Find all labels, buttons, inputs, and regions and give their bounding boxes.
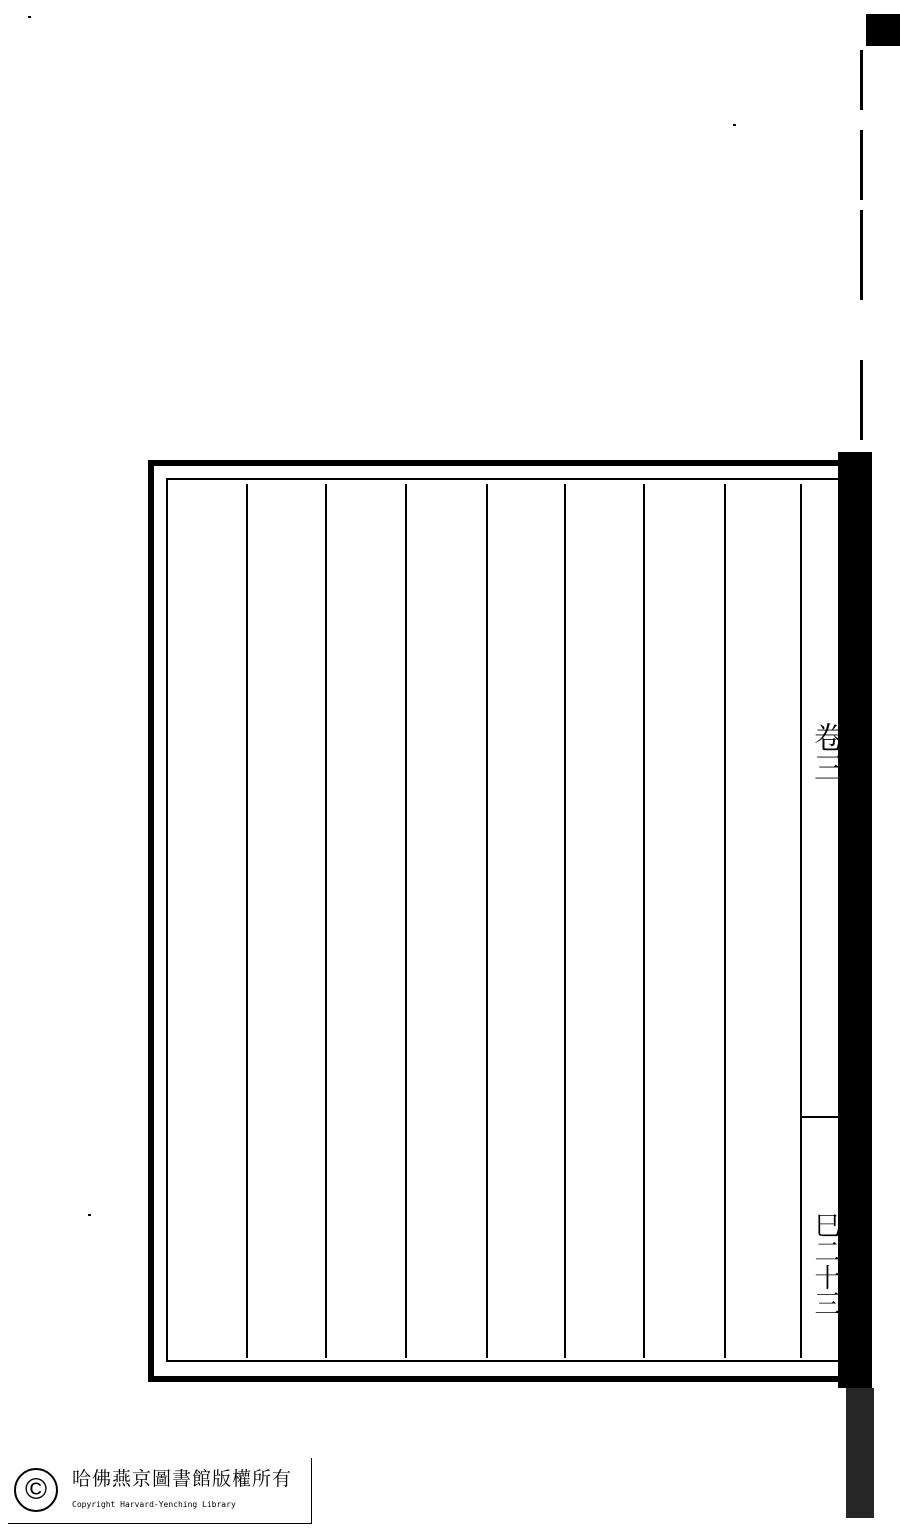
copyright-notice: © 哈佛燕京圖書館版權所有 Copyright Harvard-Yenching… [8, 1458, 312, 1524]
column-rule [643, 484, 645, 1358]
fold-margin-title: 卷三 [808, 722, 842, 782]
page-inner-border [166, 478, 842, 1362]
fold-margin-divider [802, 1116, 840, 1118]
scan-noise [860, 50, 863, 110]
center-fold-shadow [838, 452, 872, 1388]
scan-noise [860, 130, 863, 200]
scan-noise [860, 360, 863, 440]
scan-edge-shadow [846, 1388, 874, 1518]
column-rule [246, 484, 248, 1358]
scan-speck [733, 124, 736, 126]
copyright-icon: © [14, 1468, 58, 1512]
column-rule [486, 484, 488, 1358]
scan-speck [28, 16, 31, 18]
copyright-chinese: 哈佛燕京圖書館版權所有 [72, 1464, 292, 1491]
column-rule [564, 484, 566, 1358]
scan-noise [860, 210, 863, 300]
scan-edge-mark [866, 14, 900, 46]
column-rule [325, 484, 327, 1358]
scan-speck [88, 1214, 91, 1216]
column-rule [724, 484, 726, 1358]
copyright-english: Copyright Harvard-Yenching Library [72, 1500, 236, 1509]
column-rule [405, 484, 407, 1358]
fold-margin-page-number: 巳二十三 [808, 1212, 842, 1316]
